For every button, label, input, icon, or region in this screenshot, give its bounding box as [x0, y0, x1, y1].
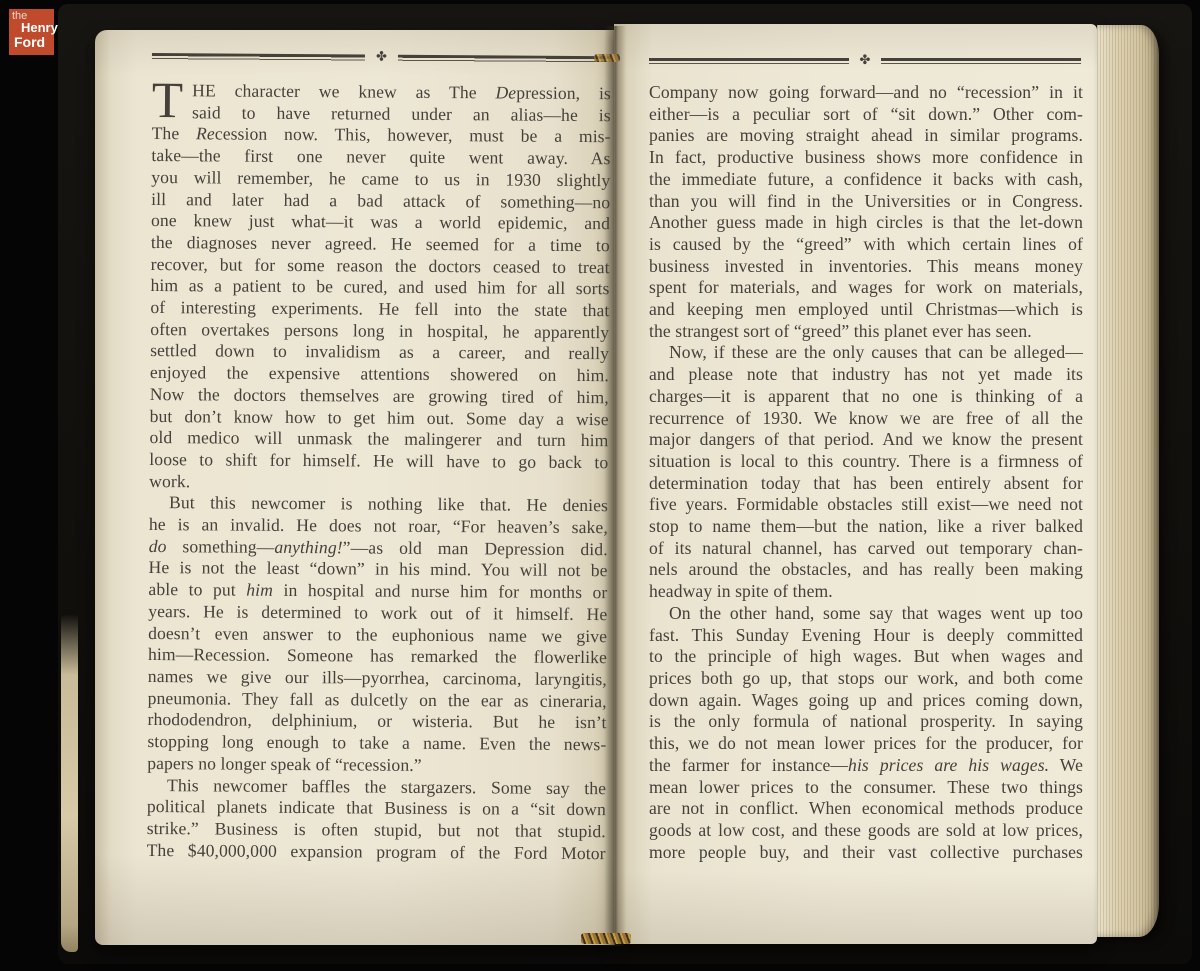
text-line: HE character we knew as The Depression, …: [152, 80, 611, 105]
text-line: Company now going forward—and no “recess…: [649, 82, 1083, 104]
text-line: take—the first one never quite went away…: [151, 145, 610, 170]
fleuron-icon: ✤: [376, 51, 387, 66]
text-line: one knew just what—it was a world epidem…: [151, 210, 610, 235]
paragraph: Company now going forward—and no “recess…: [649, 82, 1083, 342]
text-line: years. He is determined to work out of i…: [148, 601, 607, 626]
text-line: of its natural channel, has carved out t…: [649, 538, 1083, 560]
text-line: goods at low cost, and these goods are s…: [649, 820, 1083, 842]
text-line: settled down to invalidism as a career, …: [150, 340, 609, 365]
text-line: This newcomer baffles the stargazers. So…: [147, 774, 606, 799]
text-line: strike.” Business is often stupid, but n…: [147, 818, 606, 843]
header-rule-right: ✤: [649, 54, 1081, 69]
text-line: pneumonia. They fall as dulcetly on the …: [148, 688, 607, 713]
text-line: charges—it is apparent that no one is th…: [649, 386, 1083, 408]
paragraph: THE character we knew as The Depression,…: [149, 80, 611, 496]
book-page-left: ✤ THE character we knew as The Depressio…: [95, 30, 615, 945]
text-line: than you will find in the Universities o…: [649, 191, 1083, 213]
text-line: political planets indicate that Business…: [147, 796, 606, 821]
text-line: the strangest sort of “greed” this plane…: [649, 321, 1083, 343]
text-line: either—is a peculiar sort of “sit down.”…: [649, 104, 1083, 126]
paragraph: This newcomer baffles the stargazers. So…: [147, 774, 607, 864]
text-line: he is an invalid. He does not roar, “For…: [149, 514, 608, 539]
text-line: down again. Wages going up and prices co…: [649, 690, 1083, 712]
text-line: loose to shift for himself. He will have…: [149, 449, 608, 474]
text-line: papers no longer speak of “recession.”: [147, 753, 606, 778]
text-line: prices both go up, that stops our work, …: [649, 668, 1083, 690]
text-line: do something—anything!”—as old man Depre…: [149, 536, 608, 561]
henry-ford-logo: the Henry Ford: [9, 9, 54, 55]
text-line: Now, if these are the only causes that c…: [649, 342, 1083, 364]
text-line: ill and later had a bad attack of someth…: [151, 189, 610, 214]
text-line: On the other hand, some say that wages w…: [649, 603, 1083, 625]
page-edges-left: [61, 614, 78, 952]
text-line: to the principle of high wages. But when…: [649, 646, 1083, 668]
text-line: five years. Formidable obstacles still e…: [649, 494, 1083, 516]
text-line: mean lower prices to the consumer. These…: [649, 777, 1083, 799]
text-line: enjoyed the expensive attentions showere…: [150, 362, 609, 387]
text-line: the farmer for instance—his prices are h…: [649, 755, 1083, 777]
text-line: major dangers of that period. And we kno…: [649, 429, 1083, 451]
text-line: In fact, productive business shows more …: [649, 147, 1083, 169]
text-line: are not in conflict. When economical met…: [649, 798, 1083, 820]
text-line: nels around the obstacles, and has reall…: [649, 559, 1083, 581]
header-rule-segment: [152, 53, 365, 61]
page-edges-fore: [1097, 25, 1159, 937]
book-page-right: ✤ Company now going forward—and no “rece…: [614, 24, 1097, 944]
text-line: work.: [149, 471, 608, 496]
text-line: said to have returned under an alias—he …: [152, 102, 611, 127]
text-line: He is not the least “down” in his mind. …: [149, 557, 608, 582]
text-line: spent for materials, and wages for work …: [649, 277, 1083, 299]
text-line: panies are moving straight ahead in simi…: [649, 125, 1083, 147]
text-line: Another guess made in high circles is th…: [649, 212, 1083, 234]
header-rule-segment: [398, 55, 611, 63]
text-line: is caused by the “greed” with which cert…: [649, 234, 1083, 256]
text-line: business invested in inventories. This m…: [649, 256, 1083, 278]
text-line: fast. This Sunday Evening Hour is deeply…: [649, 625, 1083, 647]
text-line: this, we do not mean lower prices for th…: [649, 733, 1083, 755]
text-line: of interesting experiments. He fell into…: [150, 297, 609, 322]
text-line: situation is local to this country. Ther…: [649, 451, 1083, 473]
text-line: rhododendron, delphinium, or wisteria. B…: [147, 709, 606, 734]
text-line: him—Recession. Someone has remarked the …: [148, 644, 607, 669]
text-line: him as a patient to be cured, and used h…: [150, 275, 609, 300]
text-line: more people buy, and their vast collecti…: [649, 842, 1083, 864]
paragraph: Now, if these are the only causes that c…: [649, 342, 1083, 602]
text-line: But this newcomer is nothing like that. …: [149, 492, 608, 517]
text-line: the immediate future, a confidence it ba…: [649, 169, 1083, 191]
spine-headband: [594, 54, 620, 62]
logo-text-henry: Henry: [21, 21, 58, 34]
paragraph: On the other hand, some say that wages w…: [649, 603, 1083, 863]
text-line: The Recession now. This, however, must b…: [152, 123, 611, 148]
text-line: but don’t know how to get him out. Some …: [150, 406, 609, 431]
text-line: stopping long enough to take a name. Eve…: [147, 731, 606, 756]
text-line: determination today that has been entire…: [649, 473, 1083, 495]
text-line: often overtakes persons long in hospital…: [150, 319, 609, 344]
fleuron-icon: ✤: [860, 54, 871, 69]
page-text-left: THE character we knew as The Depression,…: [147, 80, 611, 864]
text-line: and keeping men employed until Christmas…: [649, 299, 1083, 321]
text-line: is the only formula of national prosperi…: [649, 711, 1083, 733]
text-line: and please note that industry has not ye…: [649, 364, 1083, 386]
text-line: old medico will unmask the malingerer an…: [149, 427, 608, 452]
header-rule-segment: [881, 58, 1081, 65]
text-line: the diagnoses never agreed. He seemed fo…: [151, 232, 610, 257]
header-rule-left: ✤: [152, 49, 611, 67]
text-line: Now the doctors themselves are growing t…: [150, 384, 609, 409]
text-line: stop to name them—but the nation, like a…: [649, 516, 1083, 538]
text-line: The $40,000,000 expansion program of the…: [147, 840, 606, 865]
text-line: you will remember, he came to us in 1930…: [151, 167, 610, 192]
text-line: recover, but for some reason the doctors…: [151, 254, 610, 279]
paragraph: But this newcomer is nothing like that. …: [147, 492, 608, 777]
text-line: names we give our ills—pyorrhea, carcino…: [148, 666, 607, 691]
header-rule-segment: [649, 58, 849, 65]
dropcap-initial: T: [152, 80, 193, 123]
text-line: doesn’t even answer to the euphonious na…: [148, 623, 607, 648]
book-gutter-shadow: [604, 26, 626, 946]
logo-text-ford: Ford: [14, 35, 45, 49]
text-line: able to put him in hospital and nurse hi…: [148, 579, 607, 604]
text-line: recurrence of 1930. We know we are free …: [649, 408, 1083, 430]
open-book: ✤ THE character we knew as The Depressio…: [58, 4, 1192, 964]
page-text-right: Company now going forward—and no “recess…: [649, 82, 1083, 863]
text-line: headway in spite of them.: [649, 581, 1083, 603]
spine-tailband: [581, 933, 631, 944]
